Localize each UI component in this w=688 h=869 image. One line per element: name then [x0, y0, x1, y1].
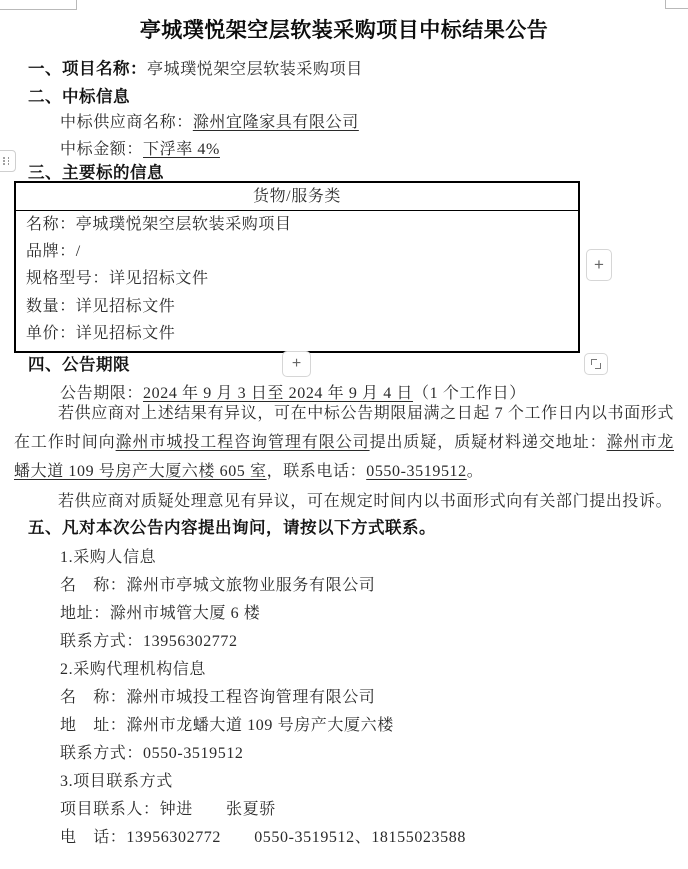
- objection-text-4: 。: [467, 463, 484, 480]
- agency-name-underlined: 滁州市城投工程咨询管理有限公司: [116, 434, 370, 451]
- add-row-button[interactable]: +: [282, 351, 311, 377]
- cropped-ui-fragment-top-right: [665, 0, 688, 9]
- section-5-heading: 五、凡对本次公告内容提出询问，请按以下方式联系。: [28, 514, 436, 538]
- table-row-unit-price: 单价：详见招标文件: [16, 320, 578, 351]
- award-amount-value: 下浮率 4%: [143, 141, 220, 158]
- goods-service-table: 货物/服务类 名称：亭城璞悦架空层软装采购项目 品牌：/ 规格型号：详见招标文件…: [14, 181, 580, 353]
- supplier-name-value: 滁州宜隆家具有限公司: [193, 114, 359, 131]
- section-3-heading: 三、主要标的信息: [28, 159, 164, 183]
- table-header-cell: 货物/服务类: [16, 183, 578, 211]
- project-name-value: 亭城璞悦架空层软装采购项目: [147, 61, 363, 78]
- agency-group-title: 2.采购代理机构信息: [60, 656, 206, 679]
- drag-dots-icon: [0, 157, 11, 165]
- purchaser-contact-line: 联系方式：13956302772: [60, 628, 238, 651]
- page-title: 亭城璞悦架空层软装采购项目中标结果公告: [0, 14, 688, 44]
- table-row-quantity: 数量：详见招标文件: [16, 293, 578, 320]
- phone-underlined: 0550-3519512: [366, 463, 467, 480]
- agency-address-line: 地 址：滁州市龙蟠大道 109 号房产大厦六楼: [60, 712, 394, 735]
- expand-icon: [591, 359, 601, 369]
- table-row-spec: 规格型号：详见招标文件: [16, 265, 578, 292]
- section-1-heading: 一、项目名称：: [28, 60, 147, 78]
- expand-table-button[interactable]: [584, 353, 608, 375]
- section-2-heading: 二、中标信息: [28, 83, 130, 107]
- table-row-name: 名称：亭城璞悦架空层软装采购项目: [16, 211, 578, 238]
- complaint-paragraph: 若供应商对质疑处理意见有异议，可在规定时间内以书面形式向有关部门提出投诉。: [14, 487, 674, 516]
- project-contact-persons-line: 项目联系人：钟进 张夏骄: [60, 796, 276, 819]
- objection-text-2: 提出质疑，质疑材料递交地址：: [370, 434, 607, 451]
- section-4-heading: 四、公告期限: [28, 351, 130, 375]
- add-column-button[interactable]: +: [586, 249, 612, 281]
- objection-text-3: ，联系电话：: [267, 463, 367, 480]
- purchaser-name-line: 名 称：滁州市亭城文旅物业服务有限公司: [60, 572, 375, 595]
- project-contact-phones-line: 电 话：13956302772 0550-3519512、18155023588: [60, 824, 466, 847]
- document-page: 亭城璞悦架空层软装采购项目中标结果公告 一、项目名称：亭城璞悦架空层软装采购项目…: [0, 0, 688, 869]
- award-amount-label: 中标金额：: [60, 141, 143, 158]
- table-drag-handle[interactable]: [0, 150, 16, 172]
- purchaser-address-line: 地址：滁州市城管大厦 6 楼: [60, 600, 260, 623]
- project-contact-group-title: 3.项目联系方式: [60, 768, 173, 791]
- supplier-name-label: 中标供应商名称：: [60, 114, 193, 131]
- purchaser-group-title: 1.采购人信息: [60, 544, 156, 567]
- agency-name-line: 名 称：滁州市城投工程咨询管理有限公司: [60, 684, 375, 707]
- cropped-ui-fragment-top-left: [0, 0, 77, 10]
- table-row-brand: 品牌：/: [16, 238, 578, 265]
- agency-contact-line: 联系方式：0550-3519512: [60, 740, 244, 763]
- objection-paragraph: 若供应商对上述结果有异议，可在中标公告期限届满之日起 7 个工作日内以书面形式在…: [14, 399, 674, 486]
